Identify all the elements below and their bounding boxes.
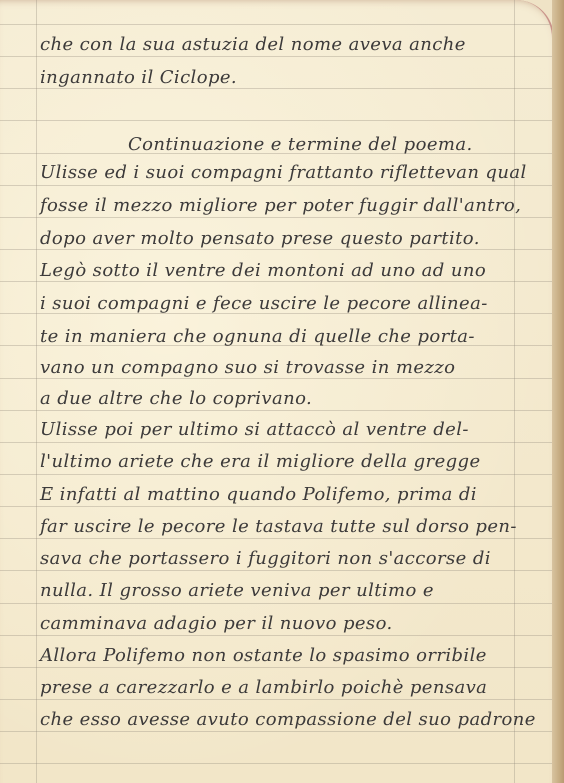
text-line: Ulisse ed i suoi compagni frattanto rifl… xyxy=(40,162,527,183)
rule-line xyxy=(0,635,552,636)
text-line: ingannato il Ciclope. xyxy=(40,67,237,88)
section-heading: Continuazione e termine del poema. xyxy=(128,134,473,155)
rule-line xyxy=(0,56,552,57)
rule-line xyxy=(0,731,552,732)
text-line: Legò sotto il ventre dei montoni ad uno … xyxy=(40,260,486,281)
margin-line-left xyxy=(36,0,37,783)
text-line: sava che portassero i fuggitori non s'ac… xyxy=(40,548,491,569)
rule-line xyxy=(0,217,552,218)
text-line: camminava adagio per il nuovo peso. xyxy=(40,613,393,634)
text-line: E infatti al mattino quando Polifemo, pr… xyxy=(40,484,477,505)
text-line: che con la sua astuzia del nome aveva an… xyxy=(40,34,466,55)
text-line: i suoi compagni e fece uscire le pecore … xyxy=(40,293,488,314)
rule-line xyxy=(0,763,552,764)
text-line: far uscire le pecore le tastava tutte su… xyxy=(40,516,517,537)
text-line: nulla. Il grosso ariete veniva per ultim… xyxy=(40,580,434,601)
margin-line-right xyxy=(514,0,515,783)
text-line: a due altre che lo coprivano. xyxy=(40,388,312,409)
rule-line xyxy=(0,699,552,700)
notebook-page: che con la sua astuzia del nome aveva an… xyxy=(0,0,554,783)
text-line: vano un compagno suo si trovasse in mezz… xyxy=(40,357,455,378)
rule-line xyxy=(0,249,552,250)
rule-line xyxy=(0,538,552,539)
text-line: dopo aver molto pensato prese questo par… xyxy=(40,228,480,249)
rule-line xyxy=(0,442,552,443)
rule-line xyxy=(0,570,552,571)
rule-line xyxy=(0,281,552,282)
rule-line xyxy=(0,410,552,411)
rule-line xyxy=(0,120,552,121)
rule-line xyxy=(0,474,552,475)
text-line: prese a carezzarlo e a lambirlo poichè p… xyxy=(40,677,487,698)
rule-line xyxy=(0,185,552,186)
text-line: fosse il mezzo migliore per poter fuggir… xyxy=(40,195,521,216)
text-line: te in maniera che ognuna di quelle che p… xyxy=(40,326,475,347)
text-line: Ulisse poi per ultimo si attaccò al vent… xyxy=(40,419,469,440)
notebook-page-edge xyxy=(552,0,564,783)
rule-line xyxy=(0,378,552,379)
rule-line xyxy=(0,603,552,604)
rule-line xyxy=(0,506,552,507)
text-line: che esso avesse avuto compassione del su… xyxy=(40,709,536,730)
rule-line xyxy=(0,667,552,668)
text-line: Allora Polifemo non ostante lo spasimo o… xyxy=(40,645,487,666)
text-line: l'ultimo ariete che era il migliore dell… xyxy=(40,451,481,472)
rule-line xyxy=(0,88,552,89)
rule-line xyxy=(0,24,552,25)
